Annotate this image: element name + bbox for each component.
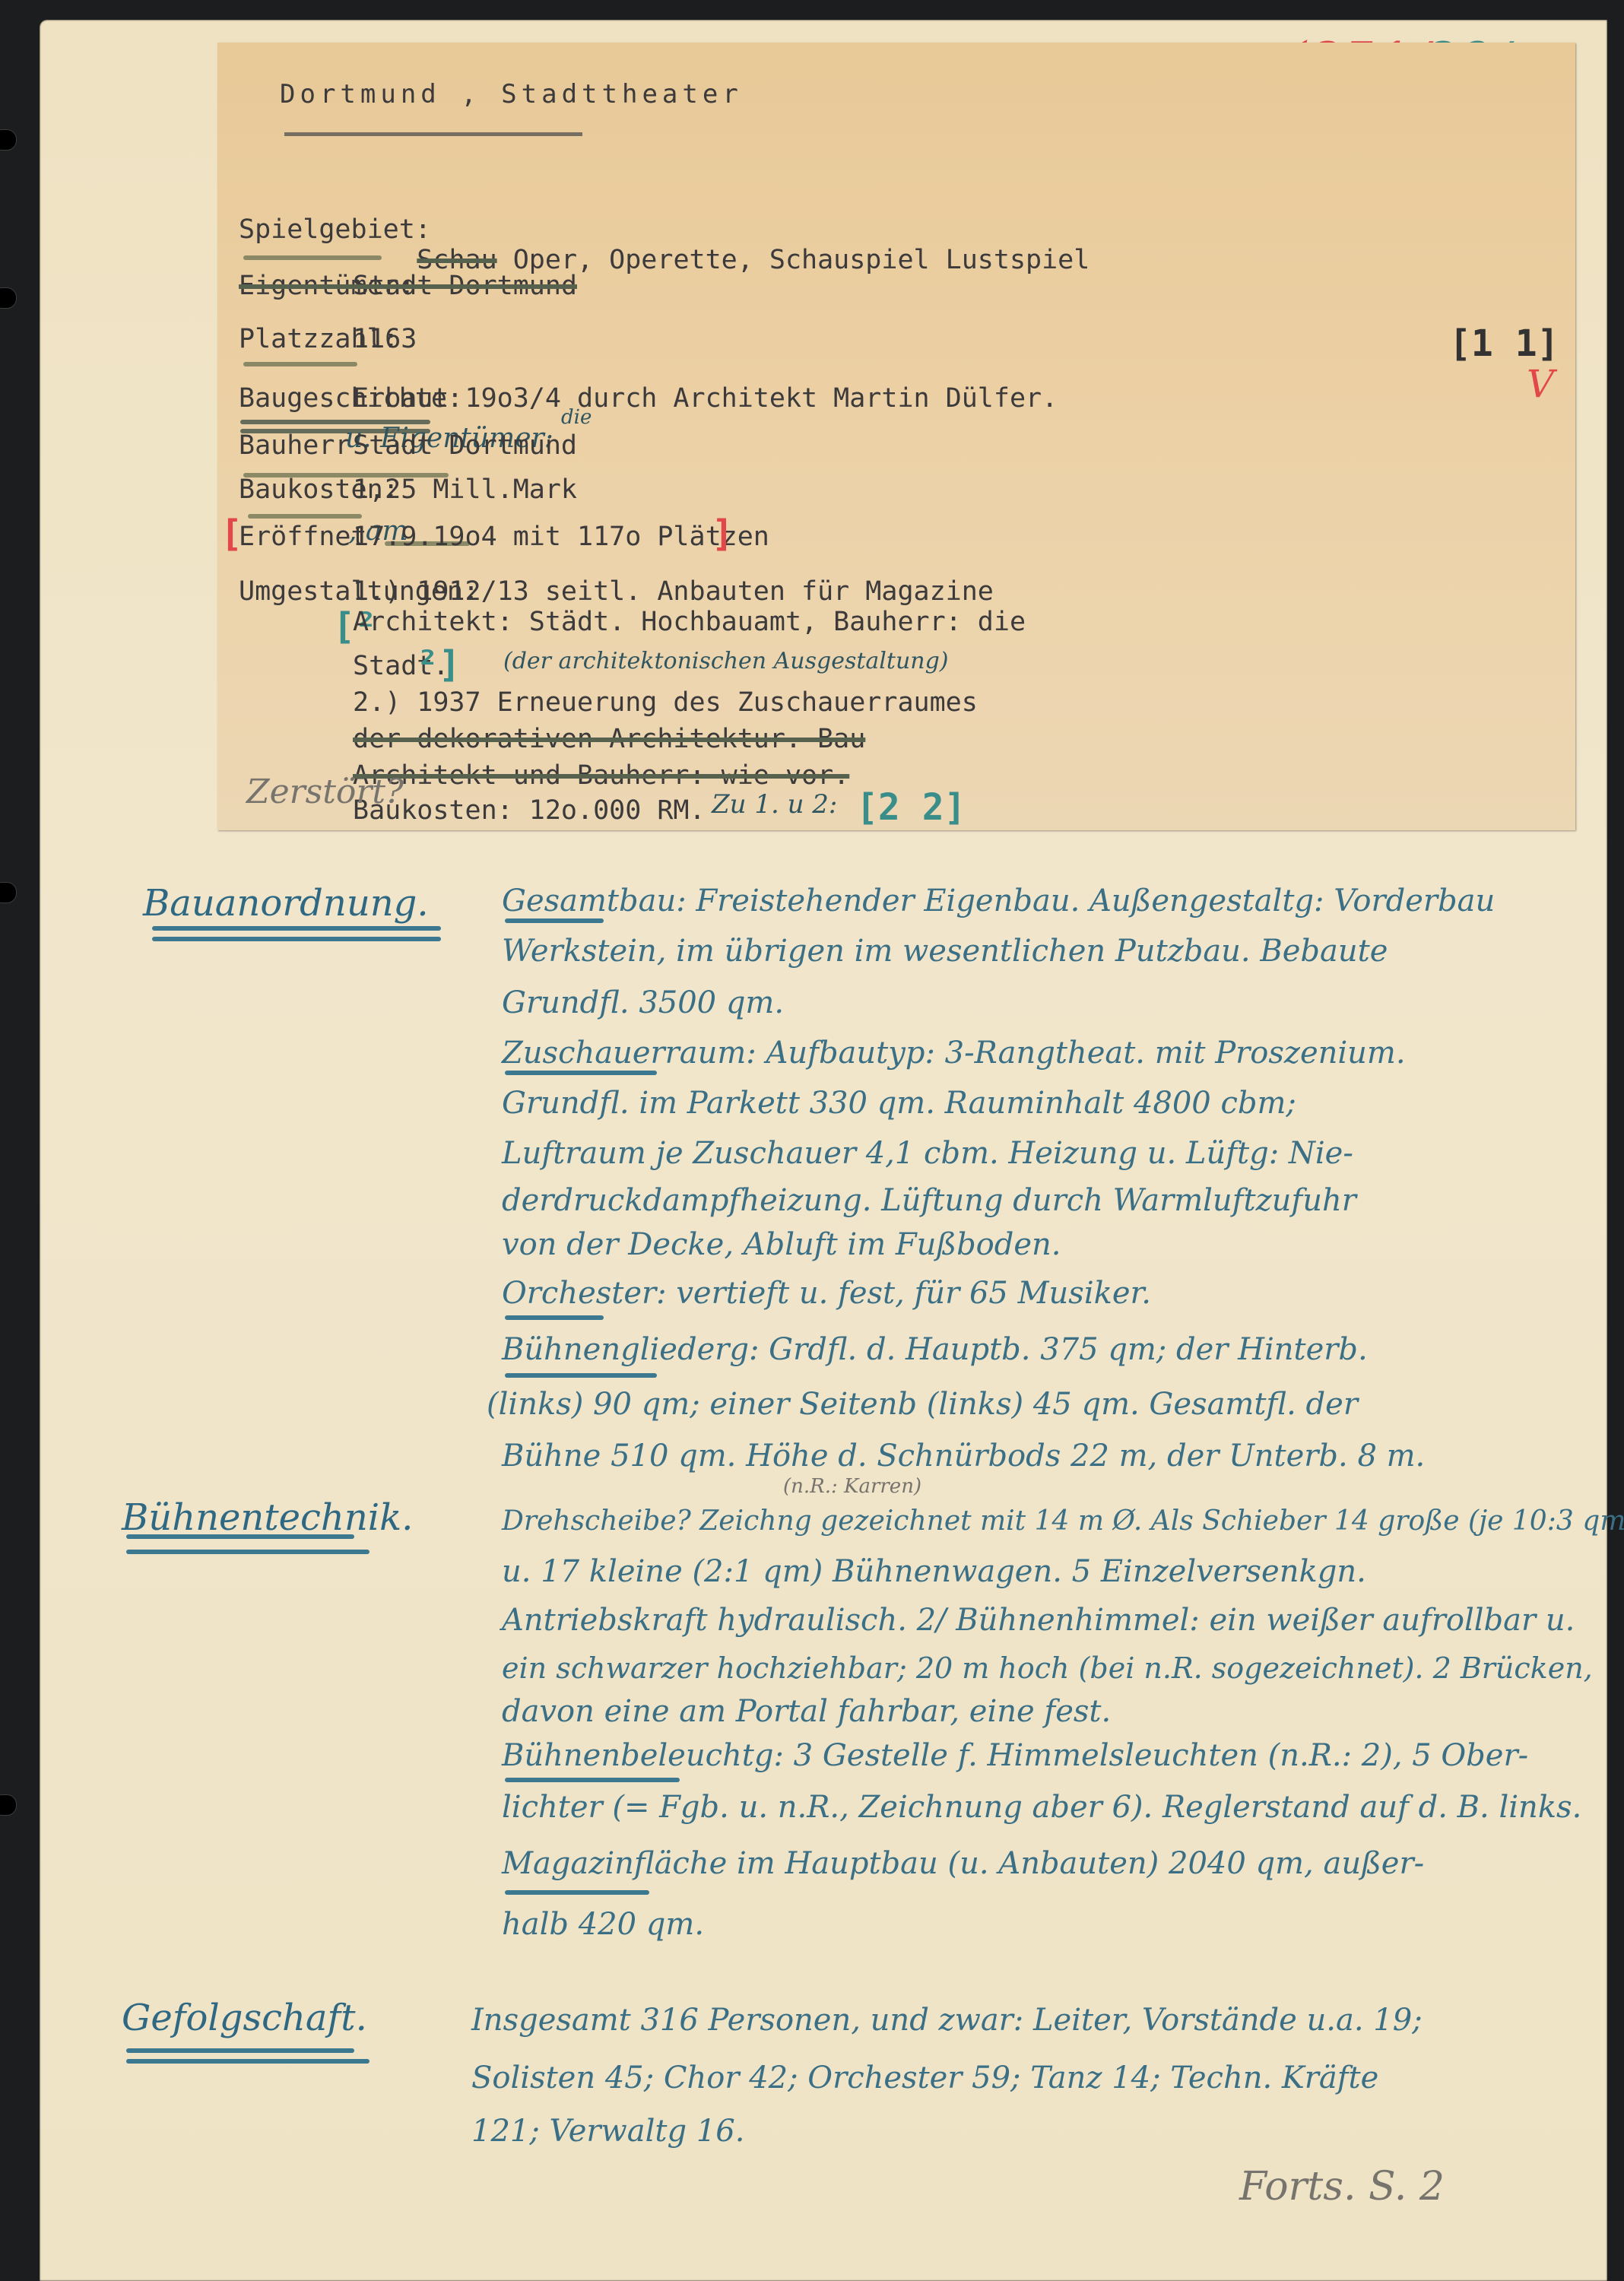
hand-note-zu-1-2: Zu 1. u 2: xyxy=(712,789,837,820)
note-line: Drehscheibe? Zeichng gezeichnet mit 14 m… xyxy=(502,1505,1624,1537)
double-underline xyxy=(126,1550,370,1554)
underline xyxy=(505,918,604,923)
note-line: Gesamtbau: Freistehender Eigenbau. Außen… xyxy=(502,884,1495,918)
typed-index-card: Dortmund , Stadttheater Spielgebiet: Sch… xyxy=(217,43,1575,830)
red-check-mark: V xyxy=(1527,362,1554,406)
red-bracket-close: ] xyxy=(712,512,734,555)
binder-hole xyxy=(0,1794,17,1816)
note-line: Antriebskraft hydraulisch. 2/ Bühnenhimm… xyxy=(502,1603,1575,1638)
footer-continued-note: Forts. S. 2 xyxy=(1239,2164,1445,2210)
double-underline xyxy=(126,2059,370,2064)
note-line: von der Decke, Abluft im Fußboden. xyxy=(502,1227,1061,1262)
note-line: Werkstein, im übrigen im wesentlichen Pu… xyxy=(502,934,1388,969)
umgestaltung-line: Architekt: Städt. Hochbauamt, Bauherr: d… xyxy=(353,607,1026,637)
umgestaltung-line-struck: der dekorativen Architektur. Bau xyxy=(353,724,865,754)
underline xyxy=(505,1778,680,1782)
note-line: (links) 90 qm; einer Seitenb (links) 45 … xyxy=(487,1387,1358,1422)
underline xyxy=(248,514,362,519)
note-line: lichter (= Fgb. u. n.R., Zeichnung aber … xyxy=(502,1790,1581,1825)
value-bauherr: Stadt Dortmund xyxy=(353,430,577,461)
note-line: Grundfl. 3500 qm. xyxy=(502,985,784,1020)
binder-hole xyxy=(0,287,17,309)
card-title: Dortmund , Stadttheater xyxy=(280,79,743,109)
underline xyxy=(505,1373,657,1378)
note-line: Zuschauerraum: Aufbautyp: 3-Rangtheat. m… xyxy=(502,1036,1406,1071)
hand-die-insert: die xyxy=(561,406,592,429)
umgestaltung-line: 1.) 1912/13 seitl. Anbauten für Magazine xyxy=(353,576,994,607)
margin-pencil-note: Zerstört? xyxy=(246,772,404,811)
double-underline xyxy=(126,2048,354,2053)
note-line: Solisten 45; Chor 42; Orchester 59; Tanz… xyxy=(471,2061,1378,2095)
umgestaltung-line: 2.) 1937 Erneuerung des Zuschauerraumes xyxy=(353,687,978,718)
label-bauherr: Bauherr xyxy=(239,430,351,461)
note-line: derdruckdampfheizung. Lüftung durch Warm… xyxy=(502,1183,1356,1218)
section-heading-bauanordnung: Bauanordnung. xyxy=(143,882,429,925)
teal-bracket-close: ²] xyxy=(417,643,461,686)
value-baugeschichte: Erbaut 19o3/4 durch Architekt Martin Dül… xyxy=(353,383,1058,414)
underline xyxy=(243,362,357,366)
note-line: Luftraum je Zuschauer 4,1 cbm. Heizung u… xyxy=(502,1136,1353,1171)
note-line: ein schwarzer hochziehbar; 20 m hoch (be… xyxy=(502,1651,1593,1685)
binder-hole xyxy=(0,882,17,903)
note-line: Orchester: vertieft u. fest, für 65 Musi… xyxy=(502,1276,1151,1311)
teal-bracket-2-2: [2 2] xyxy=(856,786,966,829)
double-underline xyxy=(152,926,441,931)
note-line: 121; Verwaltg 16. xyxy=(471,2114,744,2149)
spielgebiet-text: Oper, Operette, Schauspiel Lustspiel xyxy=(497,245,1090,275)
annotation-bracket-1: [1 1] xyxy=(1449,322,1559,365)
note-line: Bühnenbeleuchtg: 3 Gestelle f. Himmelsle… xyxy=(502,1738,1528,1773)
note-line: Bühnengliederg: Grdfl. d. Hauptb. 375 qm… xyxy=(502,1332,1368,1367)
double-underline xyxy=(126,1534,354,1539)
value-baukosten: 1,25 Mill.Mark xyxy=(353,474,577,505)
value-platzzahl: 1163 xyxy=(353,324,417,354)
section-heading-gefolgschaft: Gefolgschaft. xyxy=(122,1997,367,2039)
note-line: halb 420 qm. xyxy=(502,1907,704,1942)
umgestaltung-line: Baukosten: 12o.000 RM. xyxy=(353,795,706,826)
underline xyxy=(505,1315,604,1320)
hand-insert-architektonisch: (der architektonischen Ausgestaltung) xyxy=(503,648,949,674)
note-line: Bühne 510 qm. Höhe d. Schnürbods 22 m, d… xyxy=(502,1439,1425,1474)
value-eroeffnet: 17.9.19o4 mit 117o Plätzen xyxy=(353,522,769,552)
section-heading-buehnentechnik: Bühnentechnik. xyxy=(122,1496,413,1539)
title-rule xyxy=(284,132,582,136)
note-line: u. 17 kleine (2:1 qm) Bühnenwagen. 5 Ein… xyxy=(502,1554,1366,1589)
binder-hole xyxy=(0,129,17,151)
note-line: Grundfl. im Parkett 330 qm. Rauminhalt 4… xyxy=(502,1086,1296,1121)
pencil-note-above: (n.R.: Karren) xyxy=(783,1475,921,1498)
underline xyxy=(505,1071,657,1075)
note-line: Insgesamt 316 Personen, und zwar: Leiter… xyxy=(471,2003,1423,2038)
note-line: Magazinfläche im Hauptbau (u. Anbauten) … xyxy=(502,1846,1424,1881)
note-line: davon eine am Portal fahrbar, eine fest. xyxy=(502,1694,1111,1729)
umgestaltung-line-struck: Architekt und Bauherr: wie vor. xyxy=(353,760,849,791)
double-underline xyxy=(152,937,441,941)
underline xyxy=(505,1890,649,1895)
value-eigentuemer-struck: Stadt Dortmund xyxy=(353,271,577,301)
